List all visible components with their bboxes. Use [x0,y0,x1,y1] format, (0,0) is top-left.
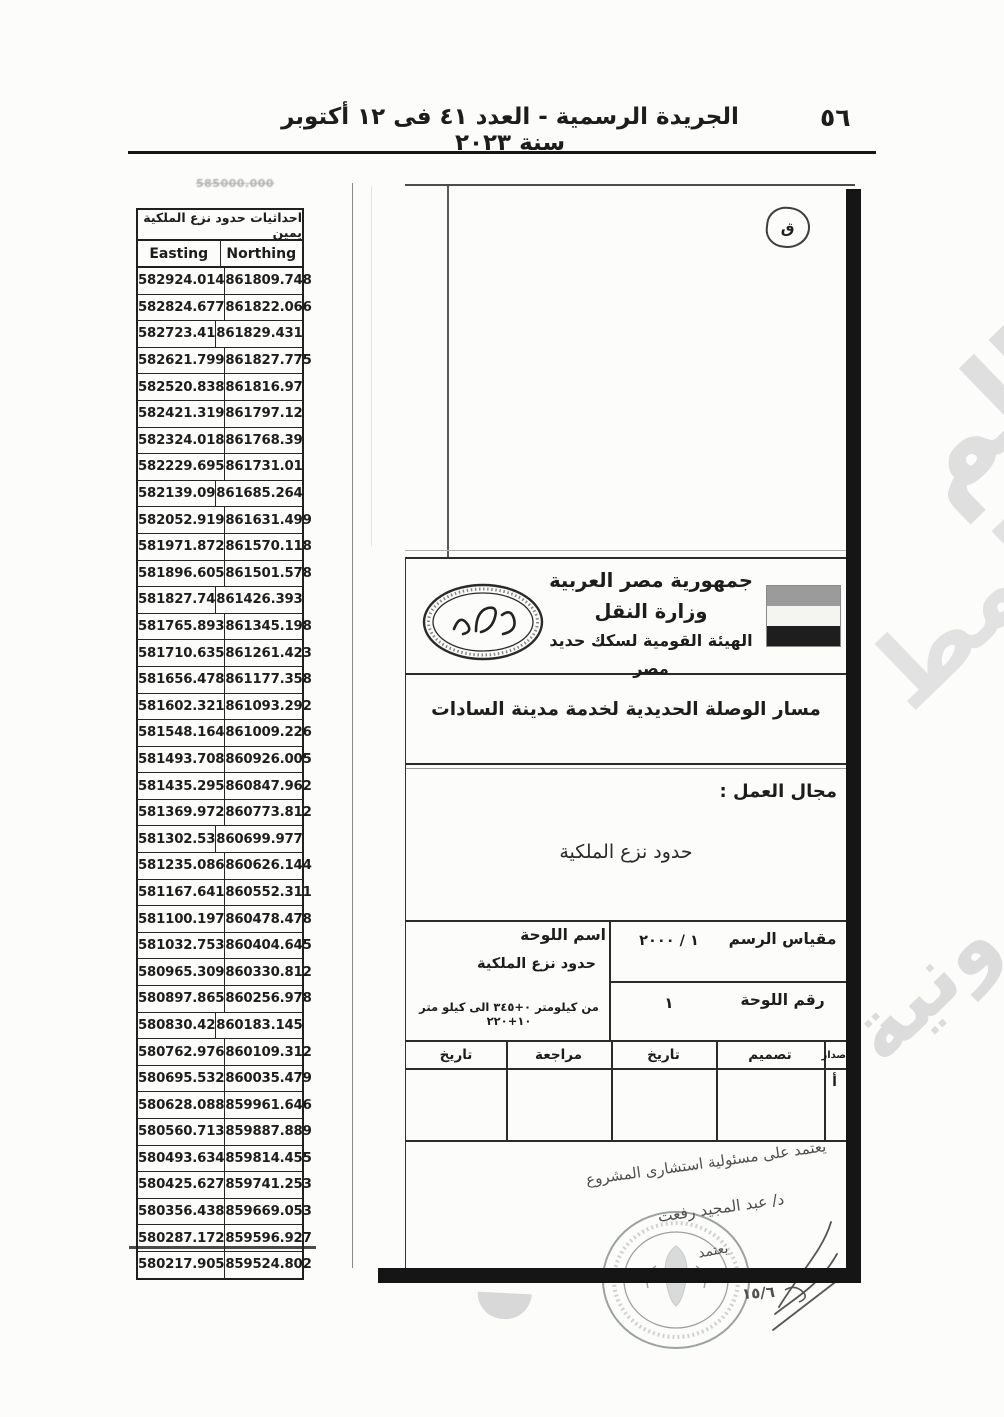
sheet-top-line [405,184,855,186]
page-number: ٥٦ [820,103,851,132]
divider [406,1040,847,1042]
northing-value: 859887.889 [225,1119,311,1145]
revision-col-design: تصميم [716,1044,824,1066]
divider [406,768,847,769]
easting-value: 581602.321 [138,694,225,720]
easting-value: 580830.42 [138,1013,216,1039]
watermark-calligraphy: الم [868,305,1004,530]
plate-name-label: اسم اللوحة [426,926,606,944]
easting-value: 582229.695 [138,454,225,480]
table-row: 581302.53860699.977 [138,826,302,853]
handwritten-date-note: ١٥/٦ [741,1283,775,1303]
easting-value: 581493.708 [138,747,225,773]
easting-value: 581548.164 [138,720,225,746]
table-row: 580762.976860109.312 [138,1039,302,1066]
table-row: 582520.838861816.97 [138,374,302,401]
table-row: 582052.919861631.499 [138,507,302,534]
approval-handwriting-line3: يعتمد [697,1240,730,1261]
northing-value: 861827.775 [225,348,311,374]
easting-value: 580493.634 [138,1146,225,1172]
table-row: 581100.197860478.478 [138,906,302,933]
easting-value: 582052.919 [138,507,225,533]
easting-value: 581435.295 [138,773,225,799]
easting-value: 580965.309 [138,959,225,985]
northing-value: 861797.12 [225,401,302,427]
northing-value: 861570.118 [225,534,311,560]
table-row: 580628.088859961.646 [138,1092,302,1119]
approval-handwriting-line1: يعتمد على مسئولية استشارى المشروع [556,1133,856,1193]
sheet-edge-line [352,183,353,1268]
table-row: 580287.172859596.927 [138,1225,302,1252]
easting-value: 580560.713 [138,1119,225,1145]
easting-value: 581032.753 [138,933,225,959]
column-header-easting: Easting [138,241,221,266]
table-row: 582229.695861731.01 [138,454,302,481]
northing-value: 859961.646 [225,1092,311,1118]
table-row: 581235.086860626.144 [138,853,302,880]
divider [609,981,847,983]
easting-value: 581710.635 [138,640,225,666]
table-row: 582324.018861768.39 [138,428,302,455]
easting-value: 580425.627 [138,1172,225,1198]
easting-value: 581765.893 [138,614,225,640]
table-row: 581971.872861570.118 [138,534,302,561]
northing-value: 861501.578 [225,561,311,587]
plate-number-label: رقم اللوحة [726,991,839,1009]
easting-value: 581896.605 [138,561,225,587]
table-row: 582621.799861827.775 [138,348,302,375]
easting-value: 580356.438 [138,1199,225,1225]
easting-value: 582824.677 [138,295,225,321]
revision-col-review: مراجعة [506,1044,611,1066]
table-row: 580897.865860256.978 [138,986,302,1013]
table-row: 582824.677861822.066 [138,295,302,322]
divider [406,920,847,922]
northing-value: 860552.311 [225,880,311,906]
divider [406,557,847,559]
sheet-inner-line [447,186,449,558]
revision-col-date2: تاريخ [406,1044,506,1066]
northing-value: 861261.423 [225,640,311,666]
easting-value: 580897.865 [138,986,225,1012]
table-row: 581548.164861009.226 [138,720,302,747]
northing-value: 860035.479 [225,1066,311,1092]
northing-value: 861829.431 [216,321,302,347]
table-row: 580695.532860035.479 [138,1066,302,1093]
title-block: جمهورية مصر العربية وزارة النقل الهيئة ا… [405,557,847,1268]
table-row: 582723.41861829.431 [138,321,302,348]
easting-value: 581235.086 [138,853,225,879]
scanned-gazette-page: الم المط الحكومة الالكترونية الجريدة الر… [0,0,1004,1417]
northing-value: 860256.978 [225,986,311,1012]
northing-value: 859741.253 [225,1172,311,1198]
northing-value: 860404.645 [225,933,311,959]
sheet-right-black-bar [846,189,861,1283]
northing-value: 859596.927 [225,1225,311,1251]
divider [406,1140,847,1142]
table-row: 580356.438859669.053 [138,1199,302,1226]
easting-value: 580217.905 [138,1252,225,1278]
northing-value: 861685.264 [216,481,302,507]
northing-value: 861345.198 [225,614,311,640]
table-row: 581493.708860926.005 [138,747,302,774]
table-row: 582421.319861797.12 [138,401,302,428]
coordinates-table-header: Easting Northing [138,241,302,268]
table-row: 580830.42860183.145 [138,1013,302,1040]
divider [406,763,847,765]
table-row: 581896.605861501.578 [138,561,302,588]
easting-value: 582924.014 [138,268,225,294]
scope-of-work-value: حدود نزع الملكية [506,841,746,863]
table-row: 582924.014861809.748 [138,268,302,295]
flag-stripe-white [767,606,840,626]
table-row: 580493.634859814.455 [138,1146,302,1173]
easting-value: 582324.018 [138,428,225,454]
table-row: 581369.972860773.812 [138,800,302,827]
easting-value: 581656.478 [138,667,225,693]
table-row: 582139.09861685.264 [138,481,302,508]
scale-value: ١ / ٢٠٠٠ [609,933,729,949]
northing-value: 860699.977 [216,826,302,852]
table-row: 581167.641860552.311 [138,880,302,907]
scale-label: مقياس الرسم [726,930,839,948]
egypt-flag-icon [766,585,841,647]
flag-stripe-red [767,586,840,606]
easting-value: 582139.09 [138,481,216,507]
northing-value: 861177.358 [225,667,311,693]
northing-value: 860478.478 [225,906,311,932]
northing-value: 861009.226 [225,720,311,746]
northing-value: 859524.802 [225,1252,311,1278]
org-authority: الهيئة القومية لسكك حديد مصر [536,627,766,683]
northing-value: 859814.455 [225,1146,311,1172]
org-country: جمهورية مصر العربية [536,565,766,596]
northing-value: 860330.812 [225,959,311,985]
northing-value: 861093.292 [225,694,311,720]
northing-value: 860626.144 [225,853,311,879]
title-block-pre-line [405,550,846,551]
scan-streak-line [371,186,372,546]
plate-name-value: حدود نزع الملكية [426,956,608,972]
table-row: 580560.713859887.889 [138,1119,302,1146]
column-header-northing: Northing [221,241,303,266]
scan-shadow-artifact [476,1292,531,1321]
easting-value: 580762.976 [138,1039,225,1065]
northing-value: 860847.962 [225,773,311,799]
table-row: 581435.295860847.962 [138,773,302,800]
northing-value: 861822.066 [225,295,311,321]
northing-value: 861768.39 [225,428,302,454]
table-row: 581710.635861261.423 [138,640,302,667]
northing-value: 860109.312 [225,1039,311,1065]
revision-col-date1: تاريخ [611,1044,716,1066]
northing-value: 861731.01 [225,454,302,480]
header-rule [128,151,876,154]
easting-value: 581369.972 [138,800,225,826]
northing-value: 860183.145 [216,1013,302,1039]
project-title: مسار الوصلة الحديدية لخدمة مدينة السادات [426,699,826,720]
faint-grid-label: 585000.000 [196,177,274,190]
revision-issue-value: أ [822,1074,847,1090]
plate-number-value: ١ [609,994,729,1012]
northing-value: 861816.97 [225,374,302,400]
easting-value: 582421.319 [138,401,225,427]
northing-value: 861809.748 [225,268,311,294]
flag-stripe-black [767,626,840,646]
northing-value: 861631.499 [225,507,311,533]
easting-value: 582621.799 [138,348,225,374]
table-row: 580425.627859741.253 [138,1172,302,1199]
northing-value: 860926.005 [225,747,311,773]
revision-col-issue: اصدار [824,1044,847,1066]
easting-value: 581100.197 [138,906,225,932]
org-text-block: جمهورية مصر العربية وزارة النقل الهيئة ا… [536,565,766,683]
circled-annotation: ق [764,205,812,250]
easting-value: 580628.088 [138,1092,225,1118]
gazette-header-title: الجريدة الرسمية - العدد ٤١ فى ١٢ أكتوبر … [255,104,765,156]
easting-value: 581167.641 [138,880,225,906]
table-row: 580217.905859524.802 [138,1252,302,1278]
railways-logo-icon [420,581,546,663]
coordinates-table-title: احداثيات حدود نزع الملكية يمين [138,210,302,241]
coord-table-body: 582924.014861809.748582824.677861822.066… [138,268,302,1278]
easting-value: 580287.172 [138,1225,225,1251]
watermark-calligraphy: المط [846,477,1004,732]
scope-of-work-label: مجال العمل : [720,781,837,802]
easting-value: 580695.532 [138,1066,225,1092]
table-row: 581827.74861426.393 [138,587,302,614]
table-row: 581032.753860404.645 [138,933,302,960]
divider [406,1068,847,1070]
table-row: 581602.321861093.292 [138,694,302,721]
northing-value: 860773.812 [225,800,311,826]
easting-value: 581971.872 [138,534,225,560]
northing-value: 859669.053 [225,1199,311,1225]
northing-value: 861426.393 [216,587,302,613]
plate-chainage-range: من كيلومتر ٠+٣٤٥ الى كيلو متر ١٠+٢٢٠ [412,1000,606,1028]
org-ministry: وزارة النقل [536,596,766,627]
easting-value: 582723.41 [138,321,216,347]
sheet-bottom-black-bar [378,1268,861,1283]
table-row: 581765.893861345.198 [138,614,302,641]
table-row: 581656.478861177.358 [138,667,302,694]
easting-value: 582520.838 [138,374,225,400]
table-row: 580965.309860330.812 [138,959,302,986]
easting-value: 581827.74 [138,587,216,613]
coordinates-table: احداثيات حدود نزع الملكية يمين Easting N… [136,208,304,1280]
easting-value: 581302.53 [138,826,216,852]
